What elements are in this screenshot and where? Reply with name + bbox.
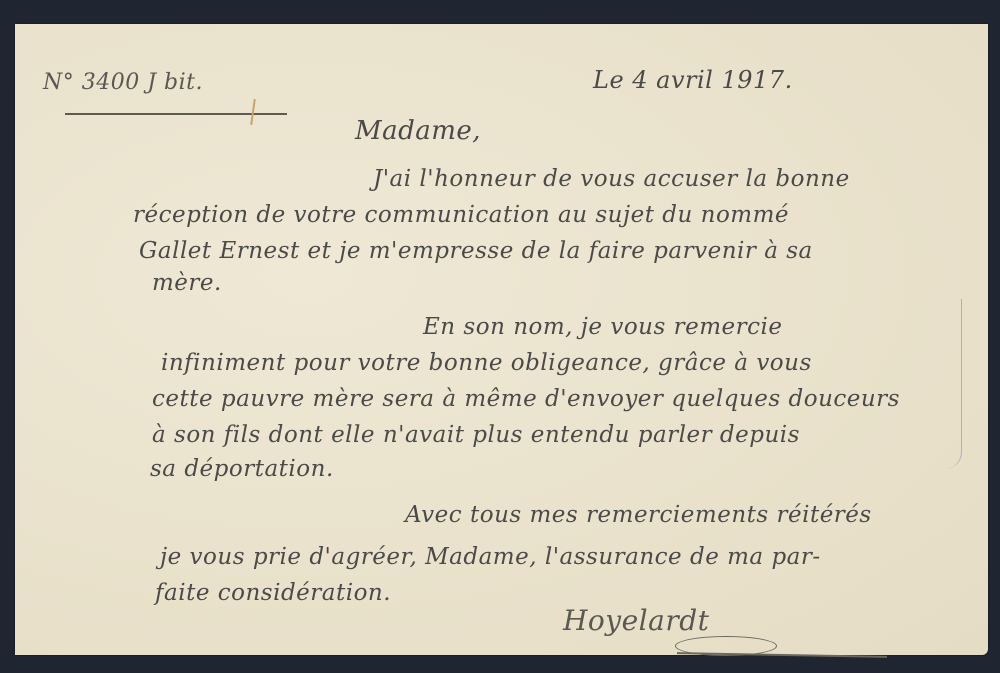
body-line: J'ai l'honneur de vous accuser la bonne bbox=[373, 166, 850, 192]
body-line: mère. bbox=[152, 270, 222, 296]
body-line: réception de votre communication au suje… bbox=[133, 202, 789, 228]
body-line: infiniment pour votre bonne obligeance, … bbox=[161, 350, 812, 376]
body-line: je vous prie d'agréer, Madame, l'assuran… bbox=[160, 544, 821, 570]
violet-pencil-mark bbox=[945, 299, 962, 469]
ochre-pencil-mark bbox=[250, 99, 255, 125]
body-line: faite considération. bbox=[155, 580, 391, 606]
reference-underline bbox=[65, 113, 287, 115]
body-line: cette pauvre mère sera à même d'envoyer … bbox=[152, 386, 900, 412]
letter-card: N° 3400 J bit. Le 4 avril 1917. Madame, … bbox=[15, 24, 988, 655]
body-line: Gallet Ernest et je m'empresse de la fai… bbox=[139, 238, 813, 264]
body-line: En son nom, je vous remercie bbox=[423, 314, 782, 340]
letter-date: Le 4 avril 1917. bbox=[593, 66, 793, 94]
body-line: sa déportation. bbox=[150, 456, 334, 482]
body-line: à son fils dont elle n'avait plus entend… bbox=[152, 422, 800, 448]
reference-number: N° 3400 J bit. bbox=[43, 70, 203, 95]
signature: Hoyelardt bbox=[563, 604, 709, 637]
body-line: Avec tous mes remerciements réitérés bbox=[405, 502, 872, 528]
salutation: Madame, bbox=[355, 116, 481, 146]
